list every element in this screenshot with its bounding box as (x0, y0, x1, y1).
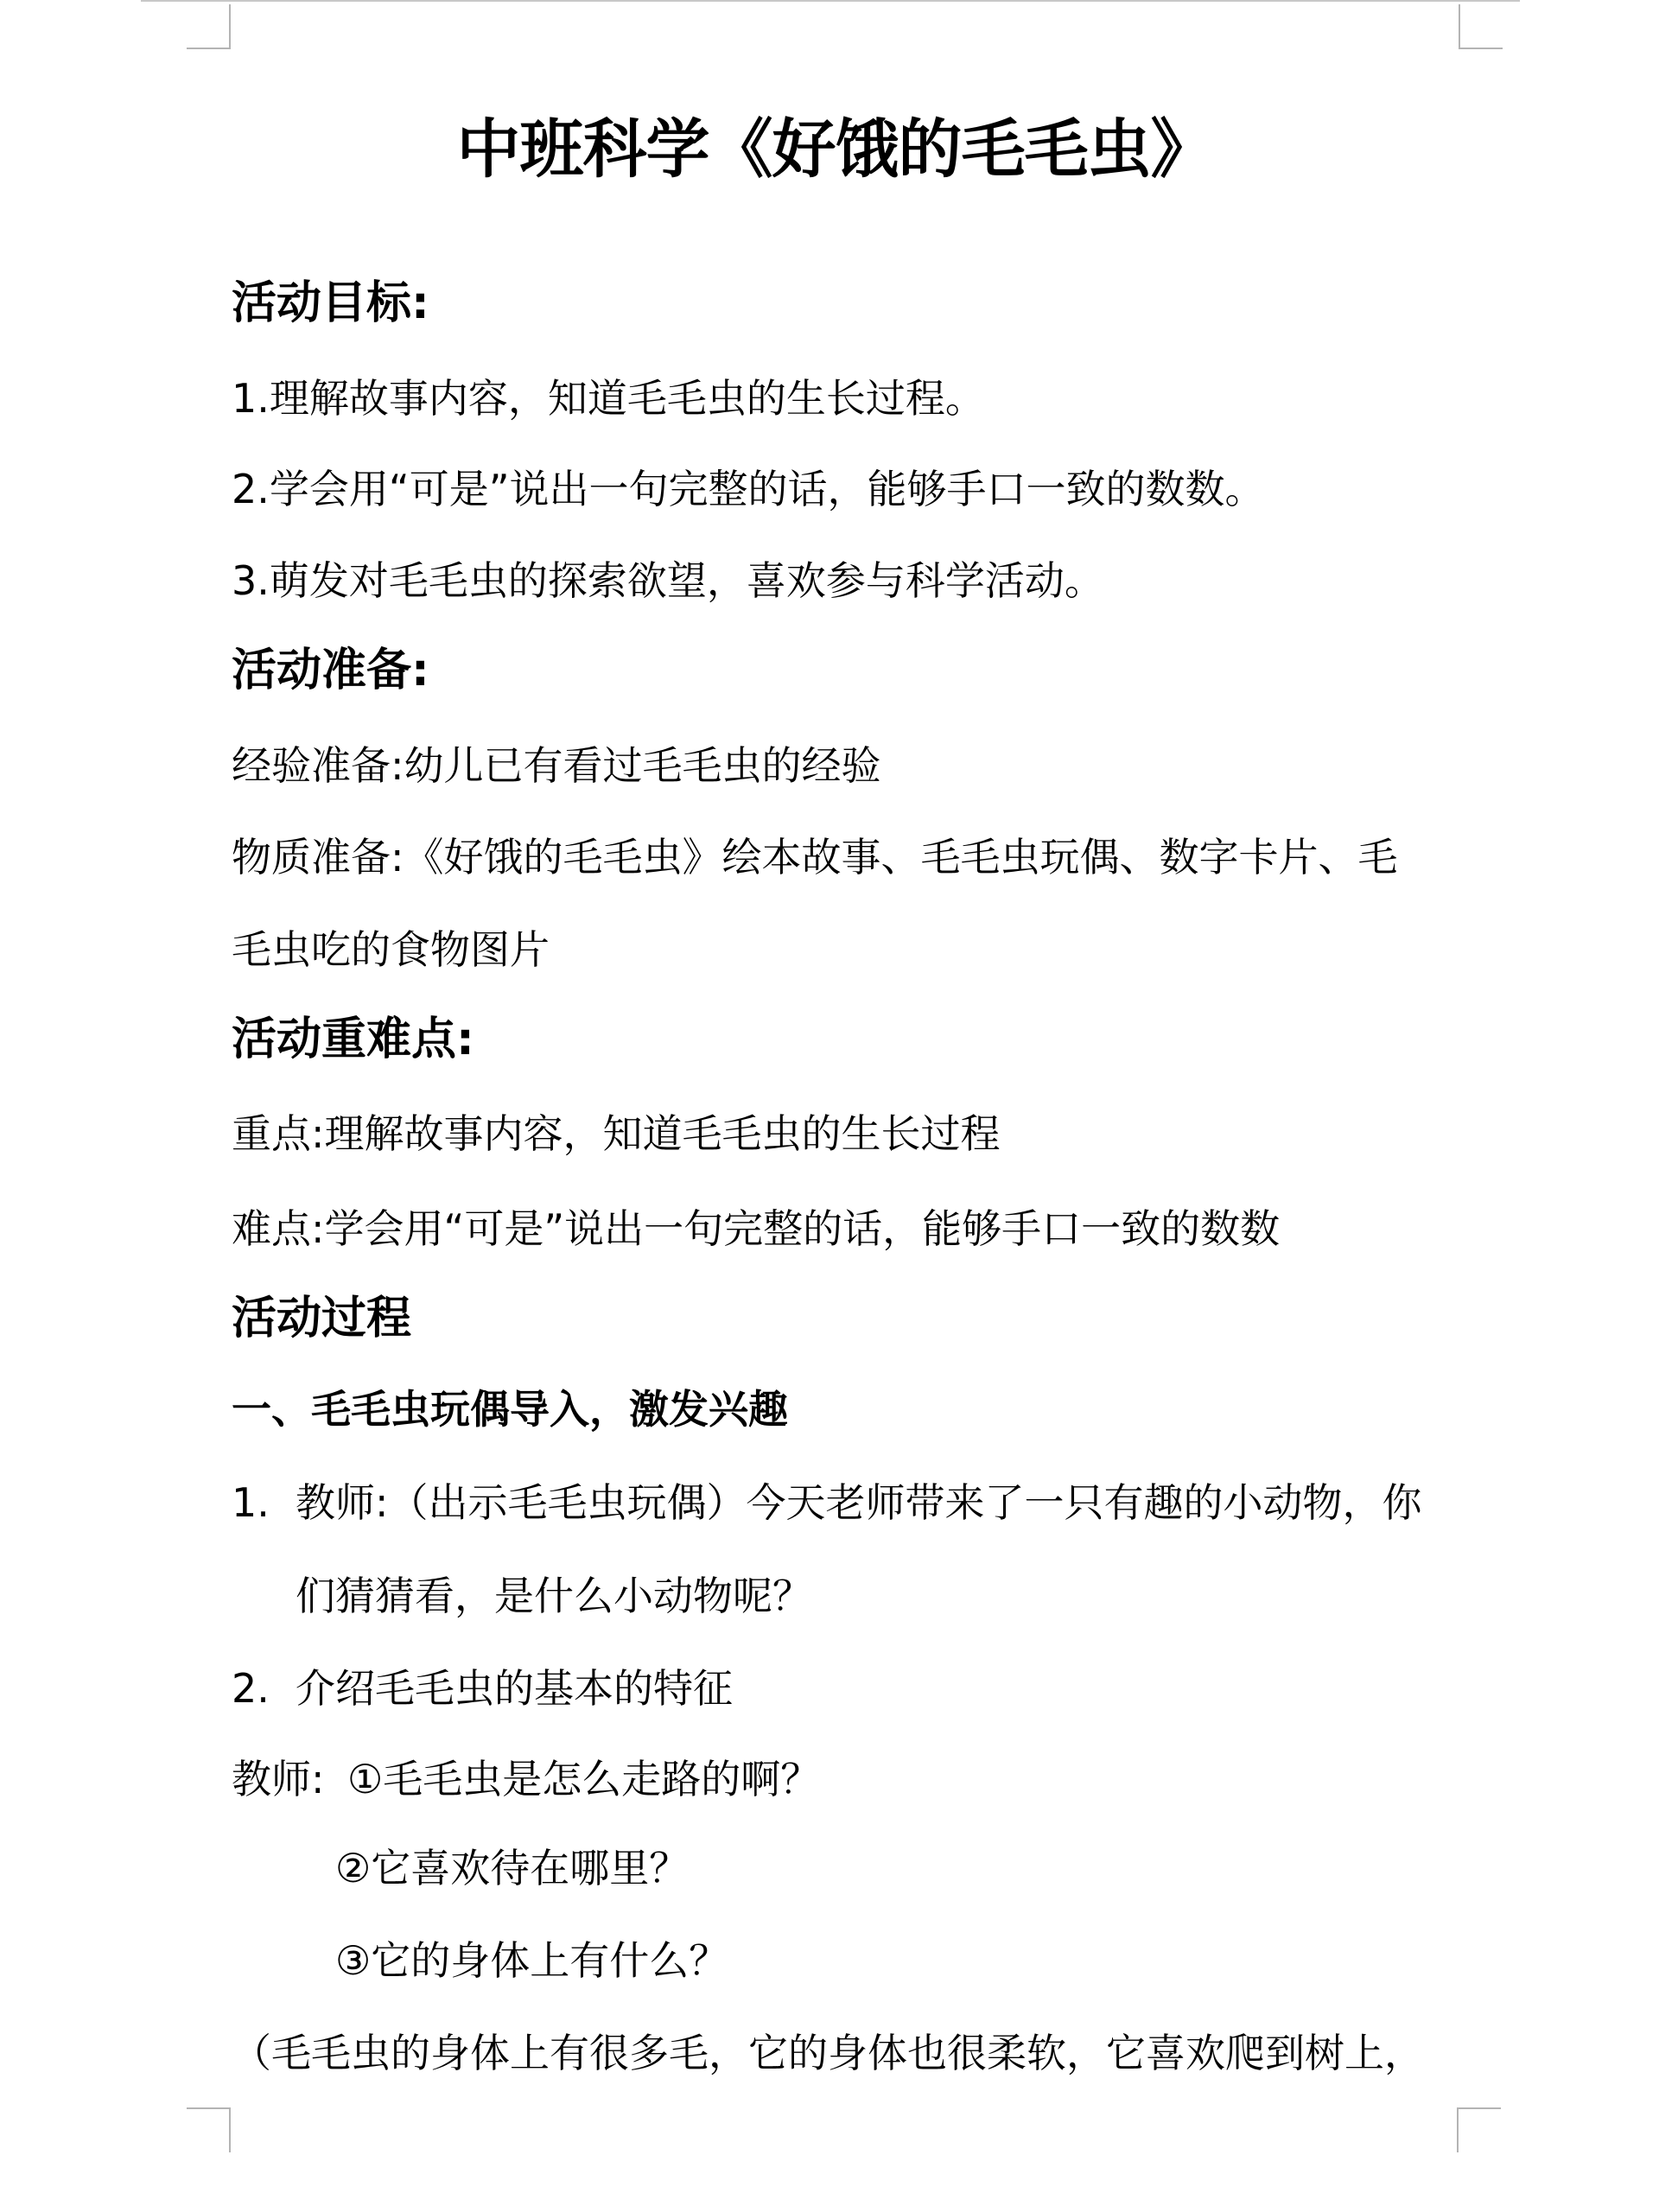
goal-item: 1.理解故事内容，知道毛毛虫的生长过程。 (232, 378, 985, 418)
material-preparation-line1: 物质准备:《好饿的毛毛虫》绘本故事、毛毛虫玩偶、数字卡片、毛 (232, 837, 1398, 877)
top-left-margin-mark (187, 4, 231, 49)
bottom-left-margin-mark (187, 2107, 231, 2152)
step-text: 教师:（出示毛毛虫玩偶）今天老师带来了一只有趣的小动物，你 (296, 1479, 1422, 1526)
process-heading: 活动过程 (232, 1296, 411, 1341)
page-top-edge (141, 0, 1520, 2)
key-points-heading: 活动重难点: (232, 1017, 474, 1062)
goals-heading: 活动目标: (232, 281, 429, 326)
material-preparation-line2: 毛虫吃的食物图片 (232, 930, 550, 969)
answer-paragraph: （毛毛虫的身体上有很多毛，它的身体也很柔软，它喜欢爬到树上， (232, 2033, 1424, 2073)
document-title: 中班科学《好饿的毛毛虫》 (0, 118, 1659, 181)
goal-item: 3.萌发对毛毛虫的探索欲望，喜欢参与科学活动。 (232, 561, 1104, 601)
goal-item: 2.学会用“可是”说出一句完整的话，能够手口一致的数数。 (232, 469, 1265, 509)
bottom-right-margin-mark (1457, 2107, 1501, 2152)
teacher-question-1: 教师: ①毛毛虫是怎么走路的啊？ (232, 1759, 820, 1799)
step-number: 1. (232, 1483, 296, 1522)
key-point: 重点:理解故事内容，知道毛毛虫的生长过程 (232, 1114, 1001, 1154)
teacher-label: 教师: (232, 1759, 347, 1799)
difficulty-point: 难点:学会用“可是”说出一句完整的话，能够手口一致的数数 (232, 1209, 1280, 1249)
step-number: 2. (232, 1669, 296, 1708)
top-right-margin-mark (1459, 4, 1503, 49)
teacher-question-2: ②它喜欢待在哪里？ (335, 1848, 689, 1888)
step-text: 介绍毛毛虫的基本的特征 (296, 1665, 733, 1712)
preparation-heading: 活动准备: (232, 648, 429, 693)
process-part1-heading: 一、毛毛虫玩偶导入，激发兴趣 (232, 1389, 788, 1429)
process-step-2: 2.介绍毛毛虫的基本的特征 (232, 1669, 733, 1708)
process-step-1: 1.教师:（出示毛毛虫玩偶）今天老师带来了一只有趣的小动物，你 (232, 1483, 1422, 1522)
experience-preparation: 经验准备:幼儿已有看过毛毛虫的经验 (232, 746, 881, 785)
process-step-1-continued: 们猜猜看，是什么小动物呢？ (296, 1576, 812, 1616)
teacher-question-3: ③它的身体上有什么？ (335, 1941, 728, 1980)
question-text: ①毛毛虫是怎么走路的啊？ (347, 1756, 820, 1802)
